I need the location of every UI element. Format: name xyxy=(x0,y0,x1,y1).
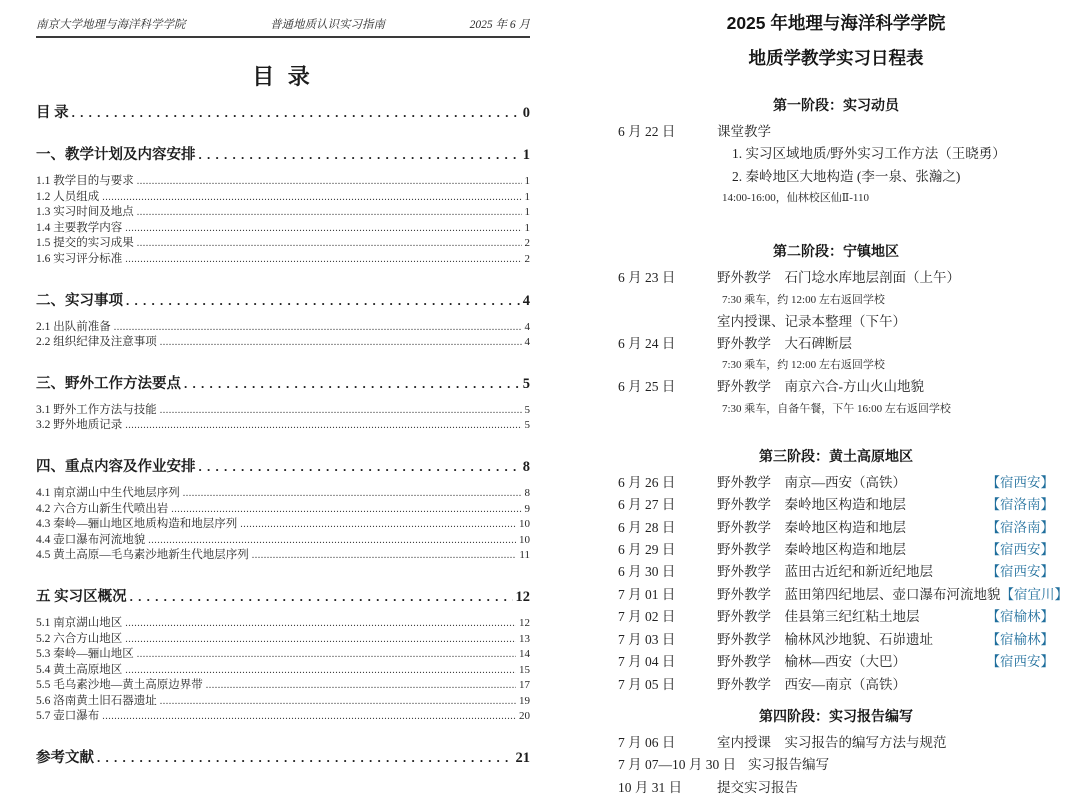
toc-entry-label: 1.4 主要教学内容 xyxy=(36,221,122,237)
toc-entry: 5.6 洛南黄土旧石器遗址...........................… xyxy=(36,694,530,710)
toc-entry: 三、野外工作方法要点. . . . . . . . . . . . . . . … xyxy=(36,372,530,393)
toc-page-number: 10 xyxy=(519,533,530,549)
toc-dot-leader: . . . . . . . . . . . . . . . . . . . . … xyxy=(199,147,520,163)
toc-dot-leader: ........................................… xyxy=(240,517,516,533)
toc-page-number: 1 xyxy=(525,221,531,237)
schedule-row: 7 月 01 日野外教学 蓝田第四纪地层、壶口瀑布河流地貌【宿宜川】 xyxy=(618,584,1054,606)
toc-entry-label: 一、教学计划及内容安排 xyxy=(36,143,196,164)
stage-section: 第三阶段：黄土高原地区6 月 26 日野外教学 南京—西安（高铁）【宿西安】6 … xyxy=(618,446,1054,696)
schedule-activity: 提交实习报告 xyxy=(717,777,798,799)
header-institute: 南京大学地理与海洋科学学院 xyxy=(36,16,186,32)
schedule-page: 2025 年地理与海洋科学学院 地质学教学实习日程表 第一阶段：实习动员6 月 … xyxy=(590,0,1084,799)
schedule-activity: 14:00-16:00，仙林校区仙Ⅱ-110 xyxy=(717,188,869,209)
toc-entry-label: 5.3 秦岭—骊山地区 xyxy=(36,647,134,663)
toc-dot-leader: ........................................… xyxy=(183,486,522,502)
schedule-date: 7 月 05 日 xyxy=(618,674,717,696)
schedule-activity: 室内授课 实习报告的编写方法与规范 xyxy=(717,732,947,754)
schedule-row: 7 月 07—10 月 30 日实习报告编写 xyxy=(618,754,1054,776)
toc-entry: 参考文献. . . . . . . . . . . . . . . . . . … xyxy=(36,746,530,767)
toc-entry: 五 实习区概况. . . . . . . . . . . . . . . . .… xyxy=(36,585,530,606)
toc-page-number: 12 xyxy=(516,589,531,606)
stage-heading: 第四阶段：实习报告编写 xyxy=(618,706,1054,726)
schedule-row: 7 月 02 日野外教学 佳县第三纪红粘土地层【宿榆林】 xyxy=(618,606,1054,628)
toc-dot-leader: ........................................… xyxy=(137,205,522,221)
toc-entry: 四、重点内容及作业安排. . . . . . . . . . . . . . .… xyxy=(36,455,530,476)
toc-page-number: 12 xyxy=(519,616,530,632)
lodging-badge: 【宿洛南】 xyxy=(987,494,1055,516)
toc-dot-leader: ........................................… xyxy=(125,632,516,648)
schedule-date: 6 月 29 日 xyxy=(618,539,717,561)
toc-entry-label: 3.1 野外工作方法与技能 xyxy=(36,403,157,419)
lodging-badge: 【宿西安】 xyxy=(987,651,1055,673)
toc-list: 目 录. . . . . . . . . . . . . . . . . . .… xyxy=(36,101,530,767)
schedule-activity: 实习报告编写 xyxy=(748,754,829,776)
toc-entry: 4.3 秦岭—骊山地区地质构造和地层序列....................… xyxy=(36,517,530,533)
toc-entry-label: 5.4 黄土高原地区 xyxy=(36,663,122,679)
schedule-date: 7 月 06 日 xyxy=(618,732,717,754)
toc-page-number: 9 xyxy=(525,502,531,518)
lodging-badge: 【宿宜川】 xyxy=(1001,584,1069,606)
toc-dot-leader: ........................................… xyxy=(160,335,522,351)
schedule-activity: 野外教学 蓝田第四纪地层、壶口瀑布河流地貌 xyxy=(717,584,1001,606)
schedule-title-line2: 地质学教学实习日程表 xyxy=(618,47,1054,69)
lodging-badge: 【宿榆林】 xyxy=(987,606,1055,628)
schedule-activity: 2. 秦岭地区大地构造 (李一泉、张瀚之) xyxy=(717,166,960,188)
schedule-row: 6 月 24 日野外教学 大石碑断层 xyxy=(618,333,1054,355)
schedule-row: 6 月 25 日野外教学 南京六合-方山火山地貌 xyxy=(618,376,1054,398)
toc-page-number: 17 xyxy=(519,678,530,694)
toc-entry-label: 4.1 南京湖山中生代地层序列 xyxy=(36,486,180,502)
toc-page-number: 19 xyxy=(519,694,530,710)
toc-entry-label: 1.3 实习时间及地点 xyxy=(36,205,134,221)
stage-section: 第一阶段：实习动员6 月 22 日课堂教学1. 实习区域地质/野外实习工作方法（… xyxy=(618,95,1054,209)
toc-dot-leader: . . . . . . . . . . . . . . . . . . . . … xyxy=(72,105,520,121)
schedule-content: 2025 年地理与海洋科学学院 地质学教学实习日程表 第一阶段：实习动员6 月 … xyxy=(590,12,1084,799)
schedule-activity: 野外教学 秦岭地区构造和地层 xyxy=(717,539,906,561)
stage-section: 第二阶段：宁镇地区6 月 23 日野外教学 石门埝水库地层剖面（上午）7:30 … xyxy=(618,241,1054,420)
schedule-row: 6 月 28 日野外教学 秦岭地区构造和地层【宿洛南】 xyxy=(618,517,1054,539)
schedule-date: 7 月 01 日 xyxy=(618,584,717,606)
toc-dot-leader: . . . . . . . . . . . . . . . . . . . . … xyxy=(130,589,513,605)
toc-entry-label: 5.5 毛乌素沙地—黄土高原边界带 xyxy=(36,678,203,694)
toc-dot-leader: ........................................… xyxy=(171,502,521,518)
schedule-activity: 7:30 乘车，自备午餐，下午 16:00 左右返回学校 xyxy=(717,399,951,420)
toc-entry-label: 1.2 人员组成 xyxy=(36,190,99,206)
schedule-date: 6 月 24 日 xyxy=(618,333,717,355)
toc-entry-label: 2.1 出队前准备 xyxy=(36,320,111,336)
schedule-row: 7:30 乘车，自备午餐，下午 16:00 左右返回学校 xyxy=(618,399,1054,420)
schedule-row: 6 月 30 日野外教学 蓝田古近纪和新近纪地层【宿西安】 xyxy=(618,561,1054,583)
toc-page-number: 10 xyxy=(519,517,530,533)
toc-page-number: 1 xyxy=(525,174,531,190)
toc-entry: 4.4 壶口瀑布河流地貌............................… xyxy=(36,533,530,549)
toc-entry-label: 参考文献 xyxy=(36,746,94,767)
schedule-row: 7:30 乘车，约 12:00 左右返回学校 xyxy=(618,290,1054,311)
schedule-activity: 野外教学 石门埝水库地层剖面（上午） xyxy=(717,267,960,289)
schedule-title-line1: 2025 年地理与海洋科学学院 xyxy=(618,12,1054,34)
schedule-date: 6 月 22 日 xyxy=(618,121,717,143)
toc-entry: 4.5 黄土高原—毛乌素沙地新生代地层序列...................… xyxy=(36,548,530,564)
toc-dot-leader: ........................................… xyxy=(125,221,521,237)
schedule-row: 室内授课、记录本整理（下午） xyxy=(618,311,1054,333)
toc-dot-leader: ........................................… xyxy=(160,403,522,419)
toc-page-number: 20 xyxy=(519,709,530,725)
toc-entry: 3.2 野外地质记录..............................… xyxy=(36,418,530,434)
toc-entry-label: 5.1 南京湖山地区 xyxy=(36,616,122,632)
toc-entry: 5.4 黄土高原地区..............................… xyxy=(36,663,530,679)
toc-page-number: 4 xyxy=(523,293,530,310)
schedule-activity: 野外教学 大石碑断层 xyxy=(717,333,852,355)
schedule-date: 7 月 04 日 xyxy=(618,651,717,673)
toc-entry: 1.2 人员组成................................… xyxy=(36,190,530,206)
schedule-row: 10 月 31 日提交实习报告 xyxy=(618,777,1054,799)
schedule-activity: 野外教学 榆林风沙地貌、石峁遗址 xyxy=(717,629,933,651)
toc-page-number: 8 xyxy=(523,459,530,476)
toc-page-number: 4 xyxy=(525,335,531,351)
schedule-row: 6 月 23 日野外教学 石门埝水库地层剖面（上午） xyxy=(618,267,1054,289)
toc-dot-leader: ........................................… xyxy=(160,694,516,710)
toc-page-number: 5 xyxy=(525,418,531,434)
schedule-date: 10 月 31 日 xyxy=(618,777,717,799)
schedule-date: 6 月 28 日 xyxy=(618,517,717,539)
schedule-row: 6 月 26 日野外教学 南京—西安（高铁）【宿西安】 xyxy=(618,472,1054,494)
toc-entry: 5.2 六合方山地区..............................… xyxy=(36,632,530,648)
schedule-row: 14:00-16:00，仙林校区仙Ⅱ-110 xyxy=(618,188,1054,209)
schedule-date: 7 月 02 日 xyxy=(618,606,717,628)
toc-entry: 2.1 出队前准备...............................… xyxy=(36,320,530,336)
stage-heading: 第一阶段：实习动员 xyxy=(618,95,1054,115)
toc-entry-label: 4.5 黄土高原—毛乌素沙地新生代地层序列 xyxy=(36,548,249,564)
toc-dot-leader: ........................................… xyxy=(137,174,522,190)
toc-dot-leader: ........................................… xyxy=(137,236,522,252)
toc-page-number: 14 xyxy=(519,647,530,663)
toc-page: 南京大学地理与海洋科学学院 普通地质认识实习指南 2025 年 6 月 目 录 … xyxy=(36,0,530,777)
schedule-row: 7 月 04 日野外教学 榆林—西安（大巴）【宿西安】 xyxy=(618,651,1054,673)
toc-entry-label: 4.3 秦岭—骊山地区地质构造和地层序列 xyxy=(36,517,237,533)
schedule-activity: 野外教学 佳县第三纪红粘土地层 xyxy=(717,606,920,628)
schedule-activity: 课堂教学 xyxy=(717,121,771,143)
toc-dot-leader: ........................................… xyxy=(125,252,521,268)
toc-entry: 5.5 毛乌素沙地—黄土高原边界带.......................… xyxy=(36,678,530,694)
toc-entry-label: 五 实习区概况 xyxy=(36,585,127,606)
schedule-date: 6 月 26 日 xyxy=(618,472,717,494)
toc-entry-label: 2.2 组织纪律及注意事项 xyxy=(36,335,157,351)
lodging-badge: 【宿西安】 xyxy=(987,539,1055,561)
toc-entry: 1.5 提交的实习成果.............................… xyxy=(36,236,530,252)
toc-page-number: 1 xyxy=(523,147,530,164)
toc-dot-leader: ........................................… xyxy=(137,647,516,663)
toc-page-number: 5 xyxy=(523,376,530,393)
toc-entry-label: 目 录 xyxy=(36,101,69,122)
toc-entry: 二、实习事项. . . . . . . . . . . . . . . . . … xyxy=(36,289,530,310)
schedule-activity: 野外教学 秦岭地区构造和地层 xyxy=(717,494,906,516)
toc-page-number: 15 xyxy=(519,663,530,679)
schedule-row: 1. 实习区域地质/野外实习工作方法（王晓勇） xyxy=(618,143,1054,165)
toc-entry: 5.1 南京湖山地区..............................… xyxy=(36,616,530,632)
lodging-badge: 【宿榆林】 xyxy=(987,629,1055,651)
toc-entry: 2.2 组织纪律及注意事项...........................… xyxy=(36,335,530,351)
schedule-activity: 1. 实习区域地质/野外实习工作方法（王晓勇） xyxy=(717,143,1006,165)
toc-page-number: 0 xyxy=(523,105,530,122)
toc-entry: 目 录. . . . . . . . . . . . . . . . . . .… xyxy=(36,101,530,122)
schedule-date: 6 月 25 日 xyxy=(618,376,717,398)
schedule-activity: 野外教学 南京—西安（高铁） xyxy=(717,472,906,494)
schedule-activity: 野外教学 秦岭地区构造和地层 xyxy=(717,517,906,539)
toc-entry-label: 5.2 六合方山地区 xyxy=(36,632,122,648)
schedule-date: 6 月 30 日 xyxy=(618,561,717,583)
toc-page-number: 4 xyxy=(525,320,531,336)
schedule-activity: 室内授课、记录本整理（下午） xyxy=(717,311,906,333)
page-header: 南京大学地理与海洋科学学院 普通地质认识实习指南 2025 年 6 月 xyxy=(36,0,530,38)
toc-dot-leader: ........................................… xyxy=(125,663,516,679)
toc-page-number: 5 xyxy=(525,403,531,419)
schedule-activity: 野外教学 南京六合-方山火山地貌 xyxy=(717,376,924,398)
toc-entry-label: 1.6 实习评分标准 xyxy=(36,252,122,268)
schedule-row: 6 月 27 日野外教学 秦岭地区构造和地层【宿洛南】 xyxy=(618,494,1054,516)
toc-page-number: 1 xyxy=(525,205,531,221)
toc-entry: 4.2 六合方山新生代喷出岩..........................… xyxy=(36,502,530,518)
toc-entry-label: 4.2 六合方山新生代喷出岩 xyxy=(36,502,168,518)
toc-entry: 1.4 主要教学内容..............................… xyxy=(36,221,530,237)
document-canvas: 南京大学地理与海洋科学学院 普通地质认识实习指南 2025 年 6 月 目 录 … xyxy=(0,0,1084,803)
toc-dot-leader: ........................................… xyxy=(206,678,516,694)
stage-heading: 第三阶段：黄土高原地区 xyxy=(618,446,1054,466)
schedule-row: 7 月 06 日室内授课 实习报告的编写方法与规范 xyxy=(618,732,1054,754)
schedule-row: 2. 秦岭地区大地构造 (李一泉、张瀚之) xyxy=(618,166,1054,188)
toc-entry-label: 5.6 洛南黄土旧石器遗址 xyxy=(36,694,157,710)
toc-page-number: 13 xyxy=(519,632,530,648)
lodging-badge: 【宿西安】 xyxy=(987,472,1055,494)
toc-dot-leader: ........................................… xyxy=(148,533,516,549)
schedule-date: 7 月 07—10 月 30 日 xyxy=(618,754,736,776)
toc-entry: 4.1 南京湖山中生代地层序列.........................… xyxy=(36,486,530,502)
toc-entry-label: 1.5 提交的实习成果 xyxy=(36,236,134,252)
stage-list: 第一阶段：实习动员6 月 22 日课堂教学1. 实习区域地质/野外实习工作方法（… xyxy=(618,95,1054,799)
toc-dot-leader: ........................................… xyxy=(125,418,521,434)
toc-entry: 1.6 实习评分标准..............................… xyxy=(36,252,530,268)
toc-dot-leader: ........................................… xyxy=(125,616,516,632)
schedule-row: 7:30 乘车，约 12:00 左右返回学校 xyxy=(618,355,1054,376)
toc-dot-leader: . . . . . . . . . . . . . . . . . . . . … xyxy=(199,459,520,475)
toc-page-number: 1 xyxy=(525,190,531,206)
schedule-row: 6 月 22 日课堂教学 xyxy=(618,121,1054,143)
toc-entry-label: 5.7 壶口瀑布 xyxy=(36,709,99,725)
toc-page-number: 2 xyxy=(525,252,531,268)
header-doc-title: 普通地质认识实习指南 xyxy=(186,16,470,32)
toc-dot-leader: . . . . . . . . . . . . . . . . . . . . … xyxy=(97,750,513,766)
lodging-badge: 【宿洛南】 xyxy=(987,517,1055,539)
toc-entry: 1.3 实习时间及地点.............................… xyxy=(36,205,530,221)
schedule-activity: 7:30 乘车，约 12:00 左右返回学校 xyxy=(717,355,885,376)
toc-dot-leader: . . . . . . . . . . . . . . . . . . . . … xyxy=(184,376,520,392)
schedule-activity: 野外教学 榆林—西安（大巴） xyxy=(717,651,906,673)
schedule-date: 7 月 03 日 xyxy=(618,629,717,651)
schedule-date: 6 月 23 日 xyxy=(618,267,717,289)
toc-entry: 3.1 野外工作方法与技能...........................… xyxy=(36,403,530,419)
toc-entry-label: 4.4 壶口瀑布河流地貌 xyxy=(36,533,145,549)
toc-title: 目 录 xyxy=(36,62,530,91)
stage-heading: 第二阶段：宁镇地区 xyxy=(618,241,1054,261)
toc-dot-leader: ........................................… xyxy=(114,320,522,336)
header-date: 2025 年 6 月 xyxy=(470,16,530,32)
schedule-activity: 野外教学 西安—南京（高铁） xyxy=(717,674,906,696)
toc-entry: 一、教学计划及内容安排. . . . . . . . . . . . . . .… xyxy=(36,143,530,164)
schedule-row: 7 月 03 日野外教学 榆林风沙地貌、石峁遗址【宿榆林】 xyxy=(618,629,1054,651)
lodging-badge: 【宿西安】 xyxy=(987,561,1055,583)
toc-dot-leader: ........................................… xyxy=(102,709,516,725)
toc-page-number: 21 xyxy=(516,750,531,767)
toc-entry-label: 1.1 教学目的与要求 xyxy=(36,174,134,190)
toc-entry: 5.7 壶口瀑布................................… xyxy=(36,709,530,725)
schedule-activity: 野外教学 蓝田古近纪和新近纪地层 xyxy=(717,561,933,583)
toc-dot-leader: ........................................… xyxy=(252,548,517,564)
toc-page-number: 8 xyxy=(525,486,531,502)
schedule-activity: 7:30 乘车，约 12:00 左右返回学校 xyxy=(717,290,885,311)
toc-entry: 5.3 秦岭—骊山地区.............................… xyxy=(36,647,530,663)
toc-entry-label: 二、实习事项 xyxy=(36,289,123,310)
schedule-date: 6 月 27 日 xyxy=(618,494,717,516)
stage-section: 第四阶段：实习报告编写7 月 06 日室内授课 实习报告的编写方法与规范7 月 … xyxy=(618,706,1054,799)
toc-page-number: 11 xyxy=(519,548,530,564)
toc-entry: 1.1 教学目的与要求.............................… xyxy=(36,174,530,190)
toc-dot-leader: . . . . . . . . . . . . . . . . . . . . … xyxy=(126,293,520,309)
schedule-row: 7 月 05 日野外教学 西安—南京（高铁） xyxy=(618,674,1054,696)
toc-page-number: 2 xyxy=(525,236,531,252)
toc-dot-leader: ........................................… xyxy=(102,190,521,206)
toc-entry-label: 三、野外工作方法要点 xyxy=(36,372,181,393)
toc-entry-label: 3.2 野外地质记录 xyxy=(36,418,122,434)
toc-entry-label: 四、重点内容及作业安排 xyxy=(36,455,196,476)
schedule-row: 6 月 29 日野外教学 秦岭地区构造和地层【宿西安】 xyxy=(618,539,1054,561)
